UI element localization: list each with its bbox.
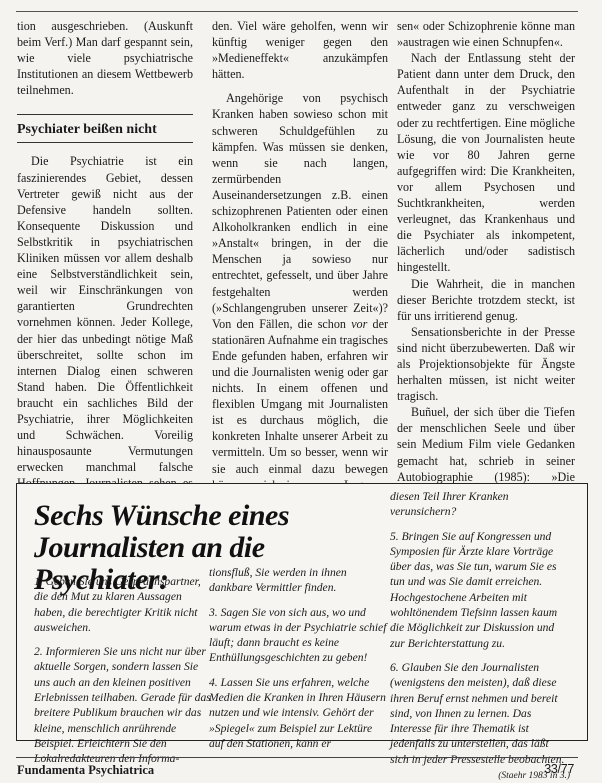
paragraph: Sensationsberichte in der Presse sind ni… (397, 324, 575, 404)
wish-item-5: 5. Bringen Sie auf Kongressen und Sympos… (390, 529, 570, 651)
text-run: der stationären Aufnahme ein tragisches … (212, 317, 388, 492)
journal-name: Fundamenta Psychiatrica (17, 763, 154, 778)
wish-item-4: 4. Lassen Sie uns erfahren, welche Medie… (209, 675, 389, 751)
box-column-1: 1. Geben Sie uns Gesprächspartner, die d… (34, 574, 214, 776)
paragraph: Die Wahrheit, die in manchen dieser Beri… (397, 276, 575, 324)
wish-item-1: 1. Geben Sie uns Gesprächspartner, die d… (34, 574, 214, 635)
footer-rule (16, 757, 578, 758)
wish-item-2: 2. Informieren Sie uns nicht nur über ak… (34, 644, 214, 766)
paragraph: Nach der Entlassung steht der Patient da… (397, 50, 575, 275)
wish-item-4-cont: diesen Teil Ihrer Kranken verunsichern? (390, 489, 570, 520)
page-number: 33/77 (544, 762, 574, 776)
paragraph: sen« oder Schizophrenie könne man »austr… (397, 18, 575, 50)
top-rule (16, 11, 578, 12)
sidebar-box-six-wishes: Sechs Wünsche eines Journalisten an die … (16, 483, 588, 741)
wish-item-6: 6. Glauben Sie den Journalisten (wenigst… (390, 660, 570, 767)
box-column-3: diesen Teil Ihrer Kranken verunsichern? … (390, 489, 570, 783)
paragraph: den. Viel wäre geholfen, wenn wir künfti… (212, 18, 388, 82)
text-run: Angehörige von psychisch Kranken haben s… (212, 91, 388, 330)
wish-item-2-cont: tionsfluß, Sie werden in ihnen dankbare … (209, 565, 389, 596)
wish-item-3: 3. Sagen Sie von sich aus, wo und warum … (209, 605, 389, 666)
emphasis: vor (351, 317, 367, 331)
paragraph: tion ausgeschrieben. (Auskunft beim Verf… (17, 18, 193, 98)
text-run: 6. Glauben Sie den Journalisten (wenigst… (390, 661, 564, 766)
box-column-2: tionsfluß, Sie werden in ihnen dankbare … (209, 565, 389, 760)
section-heading-psychiater: Psychiater beißen nicht (17, 114, 193, 143)
